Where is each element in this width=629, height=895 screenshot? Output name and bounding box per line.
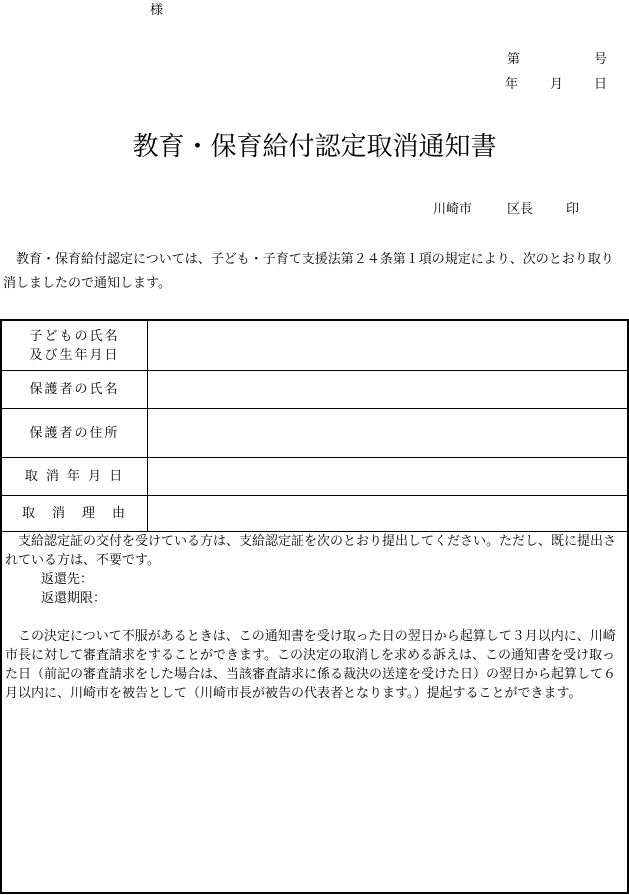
label-cell: 子どもの氏名 及び生年月日 xyxy=(2,321,148,370)
cancellation-details-table: 子どもの氏名 及び生年月日 保護者の氏名 保護者の住所 取 消 年 月 日 取 … xyxy=(0,319,629,894)
label-cell: 保護者の氏名 xyxy=(2,371,148,408)
page-title: 教育・保育給付認定取消通知書 xyxy=(0,126,629,163)
issuer-ward-head: 区長 xyxy=(507,198,533,217)
label-cell: 保護者の住所 xyxy=(2,409,148,457)
date-day-label: 日 xyxy=(594,73,607,92)
return-to-label: 返還先： xyxy=(5,570,624,589)
document-number-prefix: 第 xyxy=(507,48,520,67)
return-deadline-label: 返還期限： xyxy=(5,589,624,608)
table-row-cancellation-reason: 取 消 理 由 xyxy=(2,496,627,532)
date-year-label: 年 xyxy=(505,73,518,92)
appeal-notice: この決定について不服があるときは、この通知書を受け取った日の翌日から起算して３月… xyxy=(5,627,624,703)
table-row-guardian-name: 保護者の氏名 xyxy=(2,371,627,409)
value-guardian-address[interactable] xyxy=(149,409,627,457)
intro-paragraph: 教育・保育給付認定については、子ども・子育て支援法第２４条第１項の規定により、次… xyxy=(3,248,626,296)
document-number-suffix: 号 xyxy=(594,48,607,67)
label-child-name: 子どもの氏名 xyxy=(29,327,119,346)
label-cancellation-reason: 取 消 理 由 xyxy=(22,504,127,523)
issuer-seal: 印 xyxy=(566,198,579,217)
date-month-label: 月 xyxy=(550,73,563,92)
label-guardian-name: 保護者の氏名 xyxy=(29,380,119,399)
certificate-return-notice: 支給認定証の交付を受けている方は、支給認定証を次のとおり提出してください。ただし… xyxy=(5,532,624,570)
issuer-city: 川崎市 xyxy=(433,198,472,217)
label-cancellation-date: 取 消 年 月 日 xyxy=(25,467,125,486)
value-cancellation-date[interactable] xyxy=(149,458,627,495)
table-row-cancellation-date: 取 消 年 月 日 xyxy=(2,458,627,496)
value-guardian-name[interactable] xyxy=(149,371,627,408)
value-child-name-birthdate[interactable] xyxy=(149,321,627,370)
table-row-guardian-address: 保護者の住所 xyxy=(2,409,627,458)
label-birthdate: 及び生年月日 xyxy=(29,346,119,365)
label-cell: 取 消 年 月 日 xyxy=(2,458,148,495)
addressee-suffix: 様 xyxy=(150,0,163,18)
label-guardian-address: 保護者の住所 xyxy=(29,424,119,443)
notes-section: 支給認定証の交付を受けている方は、支給認定証を次のとおり提出してください。ただし… xyxy=(5,532,624,703)
table-row-child-name-birthdate: 子どもの氏名 及び生年月日 xyxy=(2,321,627,371)
value-cancellation-reason[interactable] xyxy=(149,496,627,531)
label-cell: 取 消 理 由 xyxy=(2,496,148,531)
